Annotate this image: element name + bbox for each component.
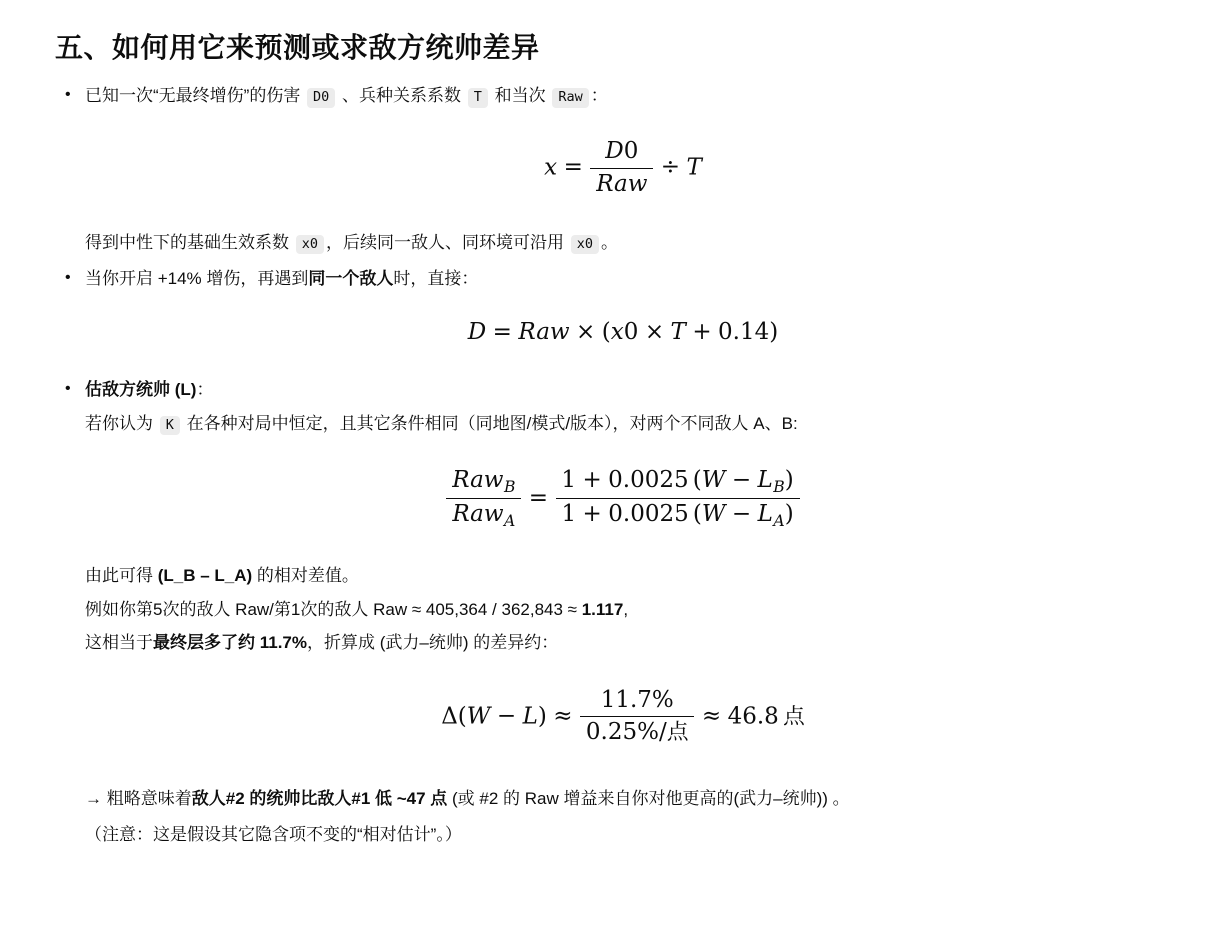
text-segment: ，后续同一敌人、同环境可沿用: [326, 233, 569, 252]
para-x0-reuse: 得到中性下的基础生效系数 x0，后续同一敌人、同环境可沿用 x0。: [85, 227, 1161, 258]
inline-code-raw: Raw: [552, 88, 588, 108]
para-assumption: 若你认为 K 在各种对局中恒定，且其它条件相同（同地图/模式/版本），对两个不同…: [85, 408, 1161, 439]
para-note: （注意：这是假设其它隐含项不变的“相对估计”。）: [85, 819, 1161, 850]
section-heading: 五、如何用它来预测或求敌方统帅差异: [55, 30, 1161, 66]
formula-damage-with-buff: D=Raw×(x0×T+0.14): [85, 318, 1161, 348]
list-item-known-damage: • 已知一次“无最终增伤”的伤害 D0 、兵种关系系数 T 和当次 Raw： x…: [85, 80, 1161, 258]
inline-code-x0: x0: [296, 235, 324, 255]
text-segment: 当你开启 +14% 增伤，再遇到: [85, 269, 308, 288]
bullet-marker: •: [65, 263, 71, 293]
inline-code-k: K: [160, 416, 180, 436]
text-segment: 和当次: [490, 86, 550, 105]
para-known-damage: 已知一次“无最终增伤”的伤害 D0 、兵种关系系数 T 和当次 Raw：: [85, 80, 1161, 111]
bold-same-enemy: 同一个敌人: [308, 269, 393, 288]
text-segment: 、兵种关系系数: [337, 86, 465, 105]
list-item-buff-case: • 当你开启 +14% 增伤，再遇到同一个敌人时，直接： D=Raw×(x0×T…: [85, 263, 1161, 348]
text-segment: 时，直接：: [393, 269, 478, 288]
text-segment: ,: [623, 600, 628, 619]
para-conclusion: → 粗略意味着敌人#2 的统帅比敌人#1 低 ~47 点 (或 #2 的 Raw…: [85, 783, 1161, 814]
para-relative-diff: 由此可得 (L_B – L_A) 的相对差值。: [85, 560, 1161, 591]
text-segment: 得到中性下的基础生效系数: [85, 233, 294, 252]
bold-lb-la: (L_B – L_A): [158, 566, 252, 585]
bullet-marker: •: [65, 374, 71, 404]
inline-code-d0: D0: [307, 88, 335, 108]
para-estimate-title: 估敌方统帅 (L)：: [85, 374, 1161, 405]
bold-final-layer: 最终层多了约 11.7%: [153, 633, 307, 652]
text-segment: ：: [591, 86, 608, 105]
formula-delta-wl: Δ(W−L)≈11.7%0.25%/点≈46.8点: [85, 685, 1161, 750]
text-segment: 的相对差值。: [252, 566, 359, 585]
formula-base-coefficient: x=D0Raw÷T: [85, 136, 1161, 201]
formula-raw-ratio: RawBRawA=1+0.0025(W−LB)1+0.0025(W−LA): [85, 465, 1161, 532]
text-segment: （注意：这是假设其它隐含项不变的“相对估计”。）: [85, 825, 462, 844]
bold-estimate-commander: 估敌方统帅 (L): [85, 380, 196, 399]
bold-conclusion: 敌人#2 的统帅比敌人#1 低 ~47 点: [192, 789, 448, 808]
bold-ratio-value: 1.117: [582, 600, 624, 619]
inline-code-t: T: [468, 88, 488, 108]
text-segment: 由此可得: [85, 566, 158, 585]
text-segment: 若你认为: [85, 414, 158, 433]
bullet-marker: •: [65, 80, 71, 110]
text-segment: 这相当于: [85, 633, 153, 652]
inline-code-x0: x0: [571, 235, 599, 255]
text-segment: → 粗略意味着: [85, 789, 192, 808]
text-segment: (或 #2 的 Raw 增益来自你对他更高的(武力–统帅)) 。: [447, 789, 849, 808]
bullet-list: • 已知一次“无最终增伤”的伤害 D0 、兵种关系系数 T 和当次 Raw： x…: [55, 80, 1161, 850]
text-segment: 在各种对局中恒定，且其它条件相同（同地图/模式/版本），对两个不同敌人 A、B:: [182, 414, 798, 433]
para-buff-case: 当你开启 +14% 增伤，再遇到同一个敌人时，直接：: [85, 263, 1161, 294]
text-segment: 。: [601, 233, 618, 252]
text-segment: 已知一次“无最终增伤”的伤害: [85, 86, 305, 105]
para-example-ratio: 例如你第5次的敌人 Raw/第1次的敌人 Raw ≈ 405,364 / 362…: [85, 594, 1161, 625]
text-segment: 例如你第5次的敌人 Raw/第1次的敌人 Raw ≈ 405,364 / 362…: [85, 600, 582, 619]
list-item-estimate-commander: • 估敌方统帅 (L)： 若你认为 K 在各种对局中恒定，且其它条件相同（同地图…: [85, 374, 1161, 850]
document: 五、如何用它来预测或求敌方统帅差异 • 已知一次“无最终增伤”的伤害 D0 、兵…: [0, 0, 1209, 951]
para-final-layer: 这相当于最终层多了约 11.7%，折算成 (武力–统帅) 的差异约：: [85, 627, 1161, 658]
text-segment: ，折算成 (武力–统帅) 的差异约：: [307, 633, 558, 652]
text-segment: ：: [196, 380, 213, 399]
